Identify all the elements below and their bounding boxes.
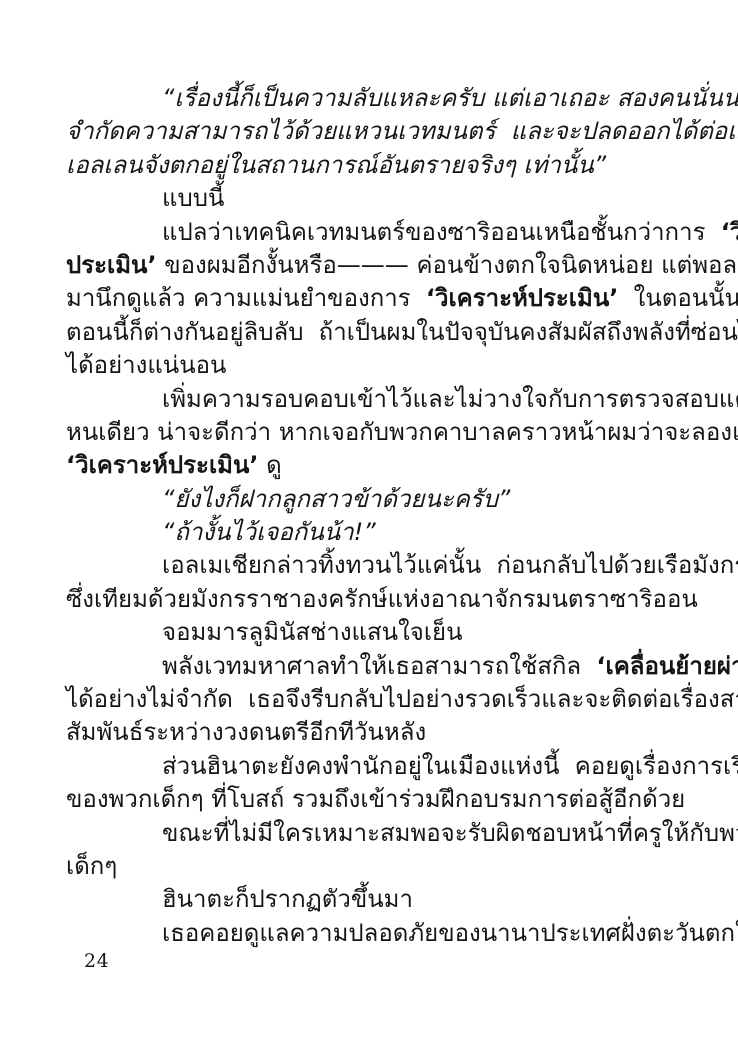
- text-segment: พลังเวทมหาศาลทำให้เธอสามารถใช้สกิล: [162, 652, 596, 680]
- text-line: หนเดียว น่าจะดีกว่า หากเจอกับพวกคาบาลครา…: [66, 416, 676, 449]
- text-line: ขณะที่ไม่มีใครเหมาะสมพอจะรับผิดชอบหน้าที…: [66, 817, 676, 850]
- dialogue-line: “เรื่องนี้ก็เป็นความลับแหละครับ แต่เอาเถ…: [66, 82, 676, 115]
- text-line: จอมมารลูมินัสช่างแสนใจเย็น: [66, 616, 676, 649]
- text-segment: ได้อย่างไม่จำกัด เธอจึงรีบกลับไปอย่างรวด…: [66, 685, 738, 713]
- skill-name-bold: ‘วิเคราะห์: [721, 218, 738, 246]
- text-line: เด็กๆ: [66, 850, 676, 883]
- text-line: พลังเวทมหาศาลทำให้เธอสามารถใช้สกิล ‘เคลื…: [66, 650, 676, 683]
- dialogue-line: จำกัดความสามารถไว้ด้วยแหวนเวทมนตร์ และจะ…: [66, 115, 676, 148]
- text-line: แปลว่าเทคนิคเวทมนตร์ของซาริออนเหนือชั้นก…: [66, 216, 676, 249]
- text-segment: จำกัดความสามารถไว้ด้วยแหวนเวทมนตร์ และจะ…: [66, 117, 738, 145]
- text-line: ‘วิเคราะห์ประเมิน’ ดู: [66, 449, 676, 482]
- skill-name-bold: ประเมิน’: [66, 251, 157, 279]
- text-line: มานึกดูแล้ว ความแม่นยำของการ ‘วิเคราะห์ป…: [66, 282, 676, 315]
- text-line: ของพวกเด็กๆ ที่โบสถ์ รวมถึงเข้าร่วมฝึกอบ…: [66, 783, 676, 816]
- text-line: ตอนนี้ก็ต่างกันอยู่ลิบลับ ถ้าเป็นผมในปัจ…: [66, 316, 676, 349]
- text-line: ประเมิน’ ของผมอีกงั้นหรือ——— ค่อนข้างตกใ…: [66, 249, 676, 282]
- text-line: สัมพันธ์ระหว่างวงดนตรีอีกทีวันหลัง: [66, 716, 676, 749]
- text-segment: ส่วนฮินาตะยังคงพำนักอยู่ในเมืองแห่งนี้ ค…: [162, 752, 738, 780]
- page-number: 24: [84, 950, 109, 972]
- text-line: ได้อย่างไม่จำกัด เธอจึงรีบกลับไปอย่างรวด…: [66, 683, 676, 716]
- text-segment: “ถ้างั้นไว้เจอกันน้า!”: [162, 518, 376, 546]
- text-segment: หนเดียว น่าจะดีกว่า หากเจอกับพวกคาบาลครา…: [66, 418, 738, 446]
- text-line: ได้อย่างแน่นอน: [66, 349, 676, 382]
- text-segment: เด็กๆ: [66, 852, 117, 880]
- text-segment: เอลเมเชียกล่าวทิ้งทวนไว้แค่นั้น ก่อนกลับ…: [162, 551, 738, 579]
- text-segment: ตอนนี้ก็ต่างกันอยู่ลิบลับ ถ้าเป็นผมในปัจ…: [66, 318, 738, 346]
- skill-name-bold: ‘วิเคราะห์ประเมิน’: [66, 451, 259, 479]
- text-segment: จอมมารลูมินัสช่างแสนใจเย็น: [162, 618, 463, 646]
- text-segment: ดู: [259, 451, 282, 479]
- text-segment: เพิ่มความรอบคอบเข้าไว้และไม่วางใจกับการต…: [162, 385, 738, 413]
- dialogue-line: “ยังไงก็ฝากลูกสาวข้าด้วยนะครับ”: [66, 483, 676, 516]
- text-segment: ได้อย่างแน่นอน: [66, 351, 226, 379]
- text-segment: ฮินาตะก็ปรากฏตัวขึ้นมา: [162, 885, 413, 913]
- dialogue-line: เอลเลนจังตกอยู่ในสถานการณ์อันตรายจริงๆ เ…: [66, 149, 676, 182]
- text-segment: แปลว่าเทคนิคเวทมนตร์ของซาริออนเหนือชั้นก…: [162, 218, 721, 246]
- text-segment: “ยังไงก็ฝากลูกสาวข้าด้วยนะครับ”: [162, 485, 510, 513]
- text-segment: ในตอนนั้นกับ: [618, 284, 738, 312]
- text-segment: “เรื่องนี้ก็เป็นความลับแหละครับ แต่เอาเถ…: [162, 84, 738, 112]
- text-segment: ขณะที่ไม่มีใครเหมาะสมพอจะรับผิดชอบหน้าที…: [162, 819, 738, 847]
- text-line: เอลเมเชียกล่าวทิ้งทวนไว้แค่นั้น ก่อนกลับ…: [66, 549, 676, 582]
- text-segment: มานึกดูแล้ว ความแม่นยำของการ: [66, 284, 426, 312]
- text-line: ส่วนฮินาตะยังคงพำนักอยู่ในเมืองแห่งนี้ ค…: [66, 750, 676, 783]
- text-segment: ของผมอีกงั้นหรือ——— ค่อนข้างตกใจนิดหน่อย…: [157, 251, 738, 279]
- text-segment: ซึ่งเทียมด้วยมังกรราชาองครักษ์แห่งอาณาจั…: [66, 585, 698, 613]
- text-segment: เธอคอยดูแลความปลอดภัยของนานาประเทศฝั่งตะ…: [162, 919, 738, 947]
- skill-name-bold: ‘วิเคราะห์ประเมิน’: [426, 284, 619, 312]
- text-line: ซึ่งเทียมด้วยมังกรราชาองครักษ์แห่งอาณาจั…: [66, 583, 676, 616]
- text-segment: แบบนี้: [162, 184, 224, 212]
- text-segment: ของพวกเด็กๆ ที่โบสถ์ รวมถึงเข้าร่วมฝึกอบ…: [66, 785, 685, 813]
- text-line: เธอคอยดูแลความปลอดภัยของนานาประเทศฝั่งตะ…: [66, 917, 676, 950]
- text-segment: สัมพันธ์ระหว่างวงดนตรีอีกทีวันหลัง: [66, 718, 426, 746]
- text-line: เพิ่มความรอบคอบเข้าไว้และไม่วางใจกับการต…: [66, 383, 676, 416]
- skill-name-bold: ‘เคลื่อนย้ายผ่านมิติ’: [596, 652, 738, 680]
- text-segment: เอลเลนจังตกอยู่ในสถานการณ์อันตรายจริงๆ เ…: [66, 151, 606, 179]
- text-lines: “เรื่องนี้ก็เป็นความลับแหละครับ แต่เอาเถ…: [66, 82, 676, 950]
- text-line: ฮินาตะก็ปรากฏตัวขึ้นมา: [66, 883, 676, 916]
- dialogue-line: “ถ้างั้นไว้เจอกันน้า!”: [66, 516, 676, 549]
- text-line: แบบนี้: [66, 182, 676, 215]
- book-page: “เรื่องนี้ก็เป็นความลับแหละครับ แต่เอาเถ…: [0, 0, 738, 1051]
